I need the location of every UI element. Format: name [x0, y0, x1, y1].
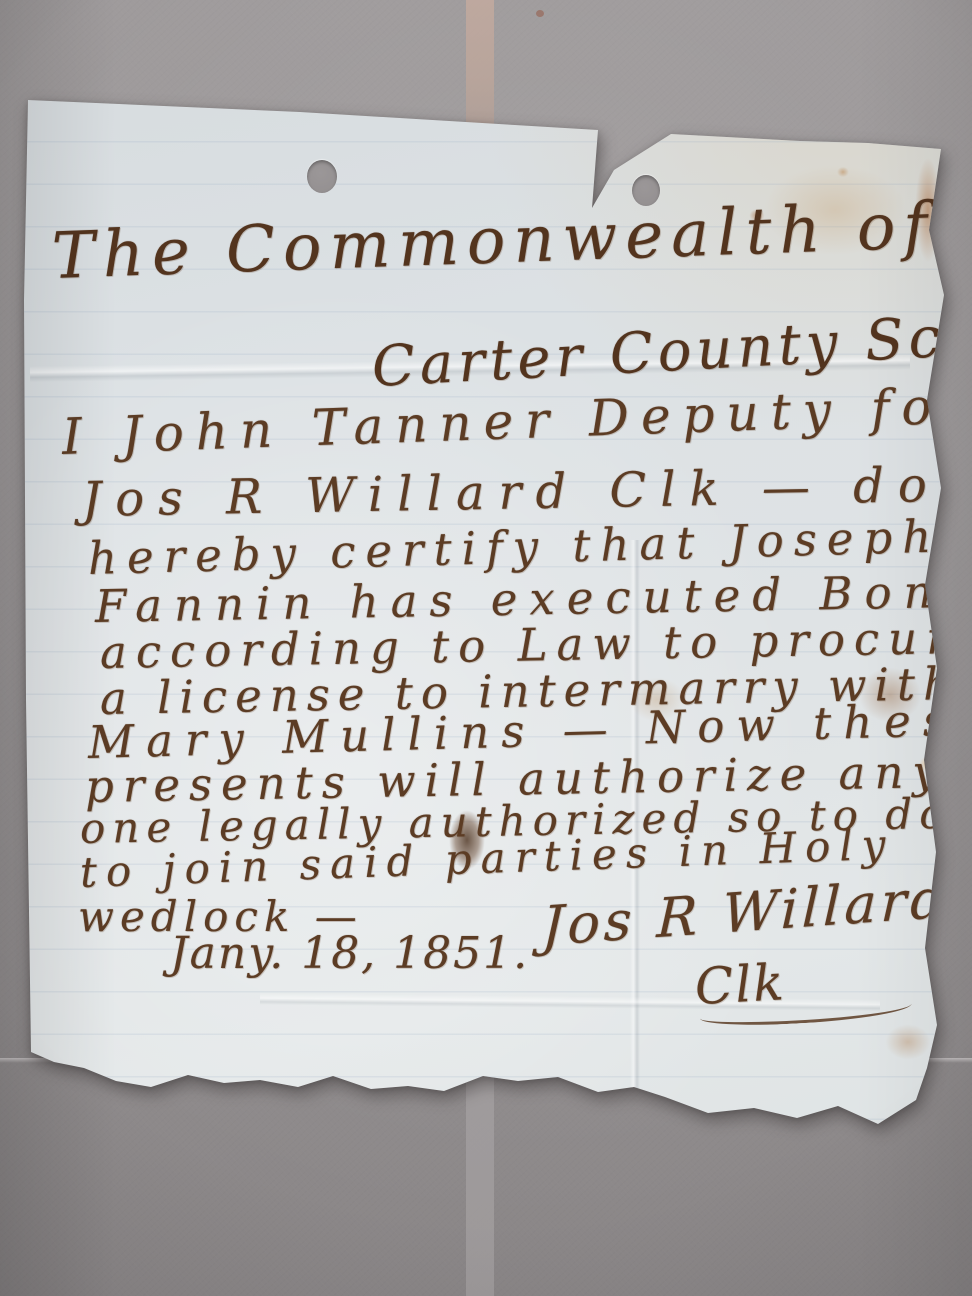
foxing-stain	[880, 1020, 936, 1064]
handwriting-signature-title: Clk	[694, 957, 787, 1012]
foxing-spot	[836, 166, 850, 178]
punch-hole-left	[307, 160, 337, 193]
punch-hole-right	[632, 175, 660, 206]
paper-sheet: The Commonwealth of Ky Carter County Sct…	[0, 0, 972, 1296]
handwriting-date: Jany. 18, 1851.	[170, 932, 529, 976]
paper-document: The Commonwealth of Ky Carter County Sct…	[0, 0, 972, 1296]
photo-of-document: The Commonwealth of Ky Carter County Sct…	[0, 0, 972, 1296]
